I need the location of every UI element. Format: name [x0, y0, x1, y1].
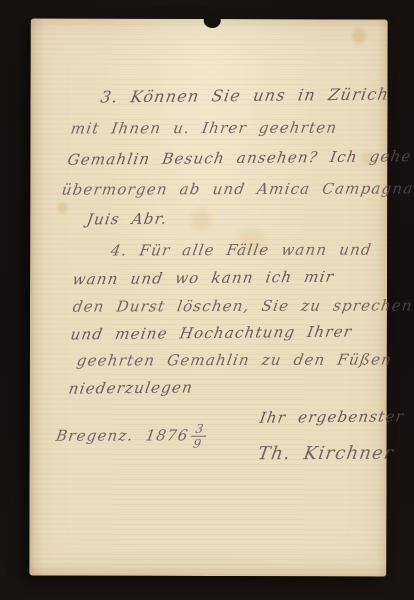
date-fraction-numerator: 3: [191, 423, 208, 437]
signature: Th. Kirchner: [256, 443, 395, 464]
handwriting-line: 4. Für alle Fälle wann und: [110, 241, 374, 260]
punch-notch: [204, 13, 221, 28]
handwriting-line: geehrten Gemahlin zu den Füßen: [76, 350, 394, 369]
closing-salutation: Ihr ergebenster: [258, 407, 405, 427]
handwriting-line: wann und wo kann ich mir: [71, 268, 335, 289]
handwriting-line: übermorgen ab und Amica Campagna: [61, 179, 414, 198]
photograph-background: 3. Können Sie uns in Zürich mit Ihnen u.…: [0, 0, 414, 600]
dateline-place-year: Bregenz. 1876: [55, 426, 190, 444]
handwriting-line: mit Ihnen u. Ihrer geehrten: [70, 119, 339, 138]
date-fraction-denominator: 9: [189, 437, 206, 450]
handwriting-line: Gemahlin Besuch ansehen? Ich gehe: [66, 147, 413, 169]
handwriting-line: Juis Abr.: [85, 210, 169, 229]
handwriting-line: den Durst löschen, Sie zu sprechen: [72, 296, 414, 315]
dateline: Bregenz. 187639: [54, 423, 209, 451]
handwriting-line: und meine Hochachtung Ihrer: [69, 323, 353, 344]
handwriting-line: niederzulegen: [67, 378, 194, 397]
handwriting-line: 3. Können Sie uns in Zürich: [99, 84, 391, 106]
